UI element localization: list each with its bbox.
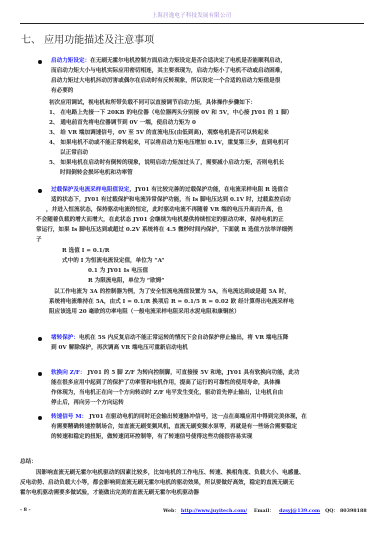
- web-label: Web：: [163, 508, 179, 514]
- step-item: 2、 通电前首先将电位器调节到 0V 一端，使启动力矩为 0: [49, 119, 196, 128]
- paragraph-line: JY01 有比较完善的过载保护功能，在电流采样电阻 R 选值合: [135, 187, 289, 193]
- paragraph-line: 有需要精确转速控制场合，如直流无刷变频风机，直流无刷变频水泵等，再就是有一些场合…: [51, 423, 297, 432]
- email-link[interactable]: dzsyj@139.com: [279, 508, 320, 514]
- summary-title: 总结：: [20, 458, 37, 467]
- summary-line: 霍尔电机驱动需要多做试验，才能做出完美的直流无刷无霍尔电机驱动器: [20, 489, 199, 498]
- formula-line: 0.1 为 JY01 Is 电压值: [88, 267, 148, 276]
- summary-line: 反电动势、启动负载大小等，都会影响到直流无刷无霍尔电机的驱动效果，所以要做好高效…: [20, 479, 294, 488]
- intro-line: 初次应用调试，视电机和所带负载不同可以直接调节启动力矩，具体操作步骤如下：: [49, 99, 256, 108]
- email-label: Email：: [254, 508, 274, 514]
- step-item: 5、 如果电机在启动时有倒转的现象，说明启动力矩加过头了，需要减小启动力矩，否则…: [49, 159, 284, 168]
- summary-line: 因影响直流无刷无霍尔电机驱动的因素比较多，比如电机的工作电压、转速、换相角度、负…: [36, 469, 305, 478]
- formula-line: R 为限流电阻，单位为 “欧姆”: [88, 277, 165, 286]
- paragraph-line: 而启动力矩大小与电机实际应用密切相连，其主要表现为，启动力矩小了电机不动或启动困…: [51, 67, 286, 76]
- paragraph-line: 启动力矩过大电机抖动厉害或偶尔在启动时有反转现象，所以设定一个合适的启动力矩值是…: [51, 77, 280, 86]
- document-page: 上海居逸电子科技发展有限公司 七、 应用功能描述及注意事项 启动力矩设定：在无刷…: [0, 0, 383, 541]
- paragraph-line: 常运行，如果 Is 脚电压达到或超过 0.2V 系统将在 4.5 微秒时间内保护…: [36, 226, 293, 235]
- contact-info: Web： http://www.juyitech.com/ Email： dzs…: [163, 507, 367, 514]
- paragraph-line: JY01 在驱动电机的同时还会输出转速脉冲信号，这一点在高端应用中得到完美体现，…: [89, 414, 307, 420]
- header-divider: [20, 23, 364, 24]
- bullet-icon: [38, 416, 42, 420]
- formula-line: 式中的 I 为恒流电流设定值，单位为 “A”: [62, 257, 164, 266]
- example-line: 以工作电流为 3A 的控制器为例，为了安全恒流电流值设置为 5A，当电流达到或是…: [54, 288, 290, 297]
- paragraph-line: 不会随着负载的增大而增大，在此状态 JY01 会继续为电机提供持续恒定的驱动功率…: [36, 216, 284, 225]
- bullet-icon: [38, 337, 42, 341]
- company-header: 上海居逸电子科技发展有限公司: [0, 11, 383, 19]
- paragraph-line: 子: [36, 236, 42, 245]
- paragraph-line: ，并进入恒流状态，保持驱动电流的恒定，此时驱动电流不再随着 VR 端的电压升高而…: [46, 206, 283, 215]
- paragraph-line: 电机在 5S 内反复启动不能正常运转的情况下会自动保护停止输出，将 VR 端电压…: [79, 335, 288, 341]
- qq-label: QQ：: [325, 508, 338, 514]
- bullet-icon: [38, 189, 42, 193]
- keyword-stall: 堵转保护：: [51, 335, 79, 341]
- page-number: - 8 -: [20, 507, 31, 513]
- paragraph-line: 停止后，再向另一个方向运转: [51, 399, 124, 408]
- step-item: 1、 在电路上先接一下 20KB 的电位器（电位器两头分别接 0V 和 5V，中…: [49, 109, 292, 118]
- step-item: 4、 如果电机不动或不能正常转起来，可以将启动力矩电压增加 0.1V，重复第三步…: [49, 139, 289, 148]
- paragraph-line: 在无刷无霍尔电机控制方面启动力矩设定是否合适决定了电机是否能顺利启动，: [90, 58, 286, 64]
- web-link[interactable]: http://www.juyitech.com/: [181, 508, 247, 514]
- keyword-overload: 过载保护及电流采样电阻值设定: [51, 187, 129, 193]
- paragraph-line: 适的状态下，JY01 有过载保护和电流异常保护功能，当 Is 脚电压达到 0.1…: [51, 196, 291, 205]
- bullet-icon: [38, 60, 42, 64]
- paragraph-line: 作体现为，当电机正在向一个方向转动时 Z/F 电平发生变化，驱动首先停止输出，让…: [51, 389, 283, 398]
- pin-label: Z/F：: [70, 370, 86, 376]
- keyword-speed-signal: 转速信号: [51, 414, 73, 420]
- step-item: 以正常启动: [60, 149, 88, 158]
- keyword-startup-torque: 启动力矩设定：: [51, 58, 90, 64]
- paragraph-line: 能在很多应用中起到了的保护了功率管和电机作用，提高了运行的可靠性的使用寿命，具体…: [51, 379, 280, 388]
- section-title: 七、 应用功能描述及注意事项: [21, 31, 154, 46]
- paragraph-line: 的转速和稳定的扭矩，做转速闭环控制等，有了转速信号使得这些功能很容易实现: [51, 433, 252, 442]
- example-line: 阻应该选用 20 毫欧的功率电阻（一般电流采样电阻采用水泥电阻和康铜丝）: [49, 308, 240, 317]
- formula-line: R 选值 I = 0.1/R: [62, 247, 109, 256]
- step-item: 时间倒转会损坏电机和功率管: [60, 169, 133, 178]
- step-item: 3、 给 VR 端加调速信号，0V 至 5V 的直流电压(由低到高)，观察电机是…: [49, 129, 269, 138]
- qq-number: 80398188: [340, 508, 367, 514]
- example-line: 系统将电流维持在 5A，由式 I = 0.1/R 换项后 R = 0.1/5 R…: [49, 298, 294, 307]
- paragraph-line: 有必要的: [51, 87, 73, 96]
- pin-label: M：: [75, 414, 87, 420]
- paragraph-line: JY01 的 5 脚 Z/F 为转向控制脚，可直接接 5V 和地，JY01 具有…: [87, 370, 299, 376]
- bullet-icon: [38, 372, 42, 376]
- paragraph-line: 到 0V 解除保护，再次调高 VR 端电压可重新启动电机: [51, 344, 188, 353]
- keyword-soft-reverse: 软换向: [51, 370, 68, 376]
